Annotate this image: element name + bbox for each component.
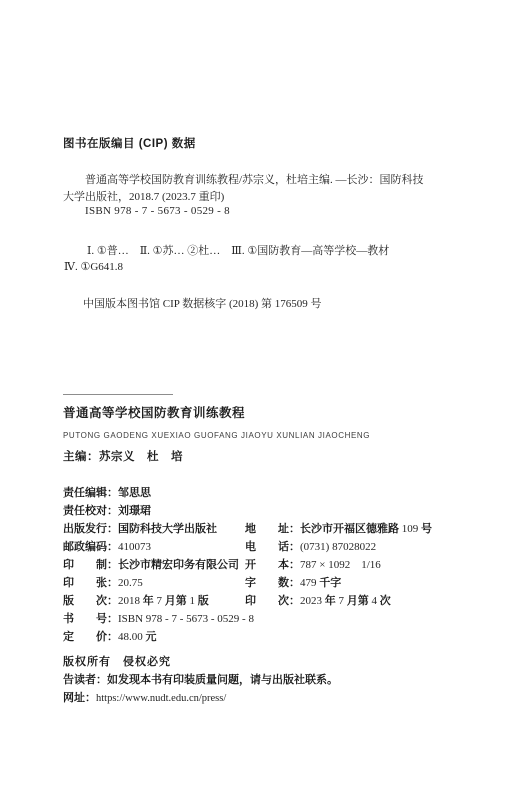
colophon-row: 定 价：48.00 元 [63, 628, 254, 646]
reader-notice: 告读者：如发现本书有印装质量问题，请与出版社联系。 [63, 671, 338, 687]
colophon-row: 书 号：ISBN 978 - 7 - 5673 - 0529 - 8 [63, 610, 254, 628]
colophon-row: 电 话：(0731) 87028022 [245, 538, 432, 556]
copyright-statement: 版权所有 侵权必究 [63, 653, 171, 669]
colophon-value: 2018 年 7 月第 1 版 [118, 595, 209, 607]
book-copyright-page: 图书在版编目 (CIP) 数据 普通高等学校国防教育训练教程/苏宗义，杜培主编.… [0, 0, 510, 800]
website-line: 网址：https://www.nudt.edu.cn/press/ [63, 689, 226, 705]
colophon-value: 长沙市精宏印务有限公司 [118, 559, 239, 571]
colophon-label: 电 话： [245, 541, 300, 553]
colophon-label: 印 制： [63, 559, 118, 571]
colophon-row: 出版发行：国防科技大学出版社 [63, 520, 254, 538]
book-title: 普通高等学校国防教育训练教程 [63, 403, 245, 421]
cip-classification-line-2: Ⅳ. ①G641.8 [64, 260, 123, 273]
colophon-label: 字 数： [245, 577, 300, 589]
colophon-label: 开 本： [245, 559, 300, 571]
cip-isbn-line: ISBN 978 - 7 - 5673 - 0529 - 8 [85, 205, 230, 217]
colophon-value: ISBN 978 - 7 - 5673 - 0529 - 8 [118, 613, 254, 625]
colophon-label: 出版发行： [63, 523, 118, 535]
colophon-label: 印 次： [245, 595, 300, 607]
colophon-row: 邮政编码：410073 [63, 538, 254, 556]
colophon-label: 印 张： [63, 577, 118, 589]
colophon-label: 责任编辑： [63, 487, 118, 499]
colophon-row: 印 制：长沙市精宏印务有限公司 [63, 556, 254, 574]
cip-classification-line-1: Ⅰ. ①普… Ⅱ. ①苏… ②杜… Ⅲ. ①国防教育—高等学校—教材 [87, 242, 389, 258]
colophon-row: 印 次：2023 年 7 月第 4 次 [245, 592, 432, 610]
colophon-value: 479 千字 [300, 577, 341, 589]
cip-heading: 图书在版编目 (CIP) 数据 [63, 135, 196, 151]
cip-record-number: 中国版本图书馆 CIP 数据核字 (2018) 第 176509 号 [83, 295, 322, 311]
colophon-label: 责任校对： [63, 505, 118, 517]
colophon-value: 长沙市开福区德雅路 109 号 [300, 523, 432, 535]
colophon-value: 410073 [118, 541, 151, 553]
colophon-right-column: 地 址：长沙市开福区德雅路 109 号电 话：(0731) 87028022开 … [245, 520, 432, 610]
divider-line [63, 394, 173, 395]
colophon-label: 书 号： [63, 613, 118, 625]
colophon-row: 印 张：20.75 [63, 574, 254, 592]
cip-description-line-1: 普通高等学校国防教育训练教程/苏宗义，杜培主编. —长沙：国防科技 [85, 171, 424, 187]
colophon-value: 48.00 元 [118, 631, 157, 643]
colophon-value: 20.75 [118, 577, 143, 589]
chief-editors-line: 主编：苏宗义 杜 培 [63, 448, 183, 464]
website-label: 网址： [63, 692, 96, 704]
book-title-pinyin: PUTONG GAODENG XUEXIAO GUOFANG JIAOYU XU… [63, 431, 370, 440]
colophon-value: (0731) 87028022 [300, 541, 376, 553]
colophon-label: 邮政编码： [63, 541, 118, 553]
colophon-row: 版 次：2018 年 7 月第 1 版 [63, 592, 254, 610]
colophon-value: 刘璟珺 [118, 505, 151, 517]
colophon-value: 邹思思 [118, 487, 151, 499]
colophon-row: 责任校对：刘璟珺 [63, 502, 254, 520]
colophon-row: 字 数：479 千字 [245, 574, 432, 592]
cip-description-line-2: 大学出版社，2018.7 (2023.7 重印) [63, 188, 224, 204]
colophon-value: 国防科技大学出版社 [118, 523, 217, 535]
colophon-row: 责任编辑：邹思思 [63, 484, 254, 502]
colophon-value: 787 × 1092 1/16 [300, 559, 381, 571]
website-url: https://www.nudt.edu.cn/press/ [96, 693, 226, 704]
colophon-label: 地 址： [245, 523, 300, 535]
colophon-label: 定 价： [63, 631, 118, 643]
colophon-value: 2023 年 7 月第 4 次 [300, 595, 391, 607]
colophon-row: 开 本：787 × 1092 1/16 [245, 556, 432, 574]
colophon-label: 版 次： [63, 595, 118, 607]
colophon-row: 地 址：长沙市开福区德雅路 109 号 [245, 520, 432, 538]
colophon-left-column: 责任编辑：邹思思责任校对：刘璟珺出版发行：国防科技大学出版社邮政编码：41007… [63, 484, 254, 646]
